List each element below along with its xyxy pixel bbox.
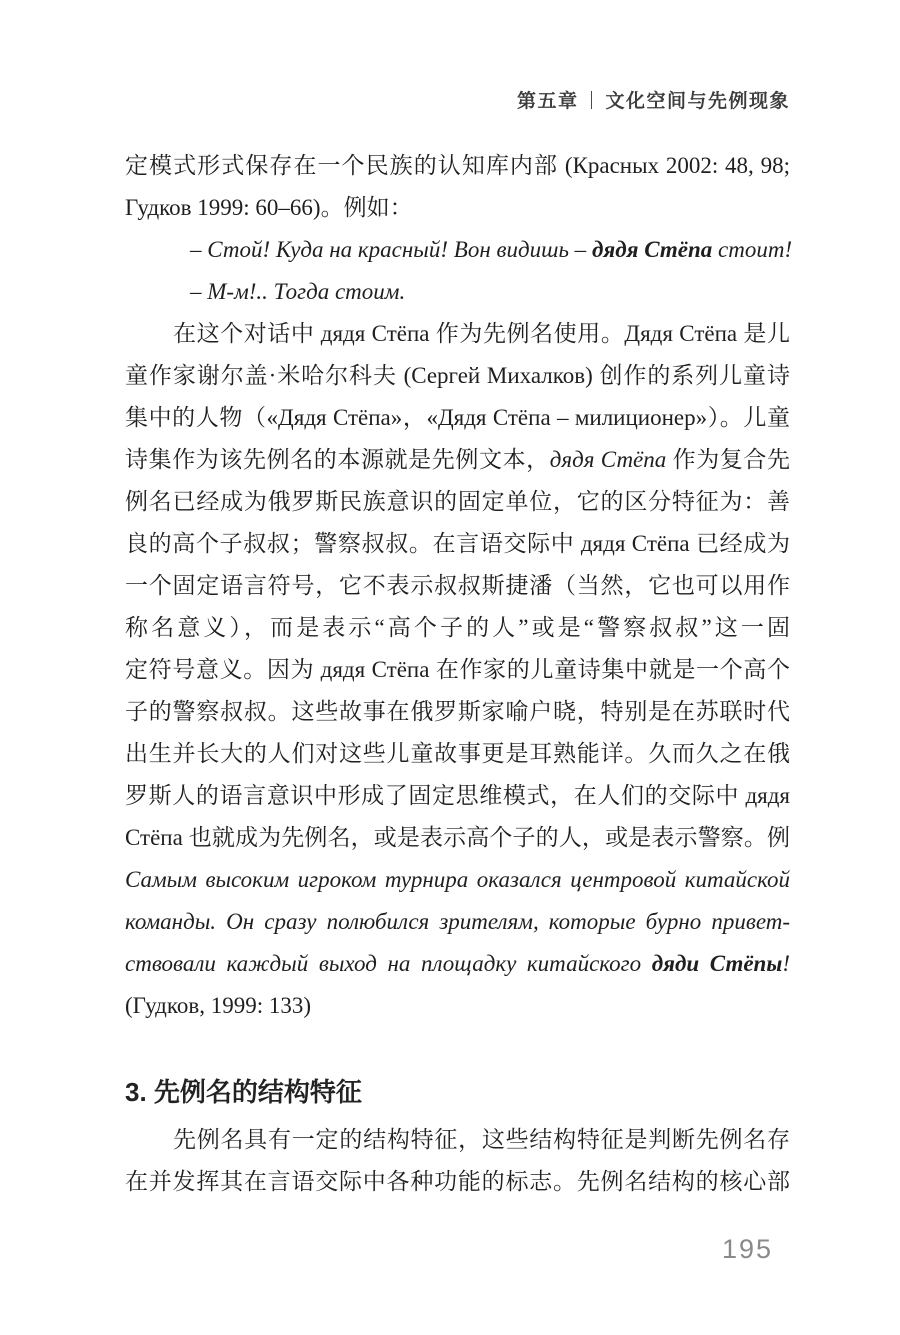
chapter-title: 文化空间与先例现象 <box>605 91 790 112</box>
text-line: 良的高个子叔叔；警察叔叔。在言语交际中 дядя Стёпа 已经成为 <box>125 523 790 565</box>
text-line: 集中的人物（«Дядя Стёпа»，«Дядя Стёпа – милицио… <box>125 397 790 439</box>
chapter-label: 第五章 <box>517 91 579 112</box>
page-number: 195 <box>722 1234 773 1265</box>
text-line: – Стой! Куда на красный! Вон видишь – дя… <box>125 229 790 271</box>
text-line: (Гудков, 1999: 133) <box>125 985 790 1027</box>
text-line: 称名意义），而是表示“高个子的人”或是“警察叔叔”这一固 <box>125 607 790 649</box>
text-line: ствовали каждый выход на площадку китайс… <box>125 943 790 985</box>
text-line: 先例名具有一定的结构特征，这些结构特征是判断先例名存 <box>125 1119 790 1161</box>
text-line: 定模式形式保存在一个民族的认知库内部 (Красных 2002: 48, 98… <box>125 145 790 187</box>
text-line: команды. Он сразу полюбился зрителям, ко… <box>125 901 790 943</box>
text-line: Самым высоким игроком турнира оказался ц… <box>125 859 790 901</box>
section-heading: 3. 先例名的结构特征 <box>125 1075 790 1109</box>
section-text: 先例名具有一定的结构特征，这些结构特征是判断先例名存在并发挥其在言语交际中各种功… <box>125 1119 790 1203</box>
header-divider <box>591 91 592 109</box>
body-text: 定模式形式保存在一个民族的认知库内部 (Красных 2002: 48, 98… <box>125 145 790 1203</box>
body-paragraphs: 定模式形式保存在一个民族的认知库内部 (Красных 2002: 48, 98… <box>125 145 790 1027</box>
running-header: 第五章文化空间与先例现象 <box>125 86 790 113</box>
text-line: 例名已经成为俄罗斯民族意识的固定单位，它的区分特征为：善 <box>125 481 790 523</box>
text-line: 诗集作为该先例名的本源就是先例文本，дядя Стёпа 作为复合先 <box>125 439 790 481</box>
book-page: 第五章文化空间与先例现象 定模式形式保存在一个民族的认知库内部 (Красных… <box>0 0 900 1335</box>
text-line: Стёпа 也就成为先例名，或是表示高个子的人，或是表示警察。例如： <box>125 817 790 859</box>
text-line: – М-м!.. Тогда стоим. <box>125 271 790 313</box>
text-line: 罗斯人的语言意识中形成了固定思维模式，在人们的交际中 дядя <box>125 775 790 817</box>
text-line: Гудков 1999: 60–66)。例如： <box>125 187 790 229</box>
text-line: 在这个对话中 дядя Стёпа 作为先例名使用。Дядя Стёпа 是儿 <box>125 313 790 355</box>
text-line: 一个固定语言符号，它不表示叔叔斯捷潘（当然，它也可以用作 <box>125 565 790 607</box>
text-line: 子的警察叔叔。这些故事在俄罗斯家喻户晓，特别是在苏联时代 <box>125 691 790 733</box>
text-line: 在并发挥其在言语交际中各种功能的标志。先例名结构的核心部 <box>125 1161 790 1203</box>
text-line: 定符号意义。因为 дядя Стёпа 在作家的儿童诗集中就是一个高个 <box>125 649 790 691</box>
text-line: 童作家谢尔盖·米哈尔科夫 (Сергей Михалков) 创作的系列儿童诗 <box>125 355 790 397</box>
text-line: 出生并长大的人们对这些儿童故事更是耳熟能详。久而久之在俄 <box>125 733 790 775</box>
